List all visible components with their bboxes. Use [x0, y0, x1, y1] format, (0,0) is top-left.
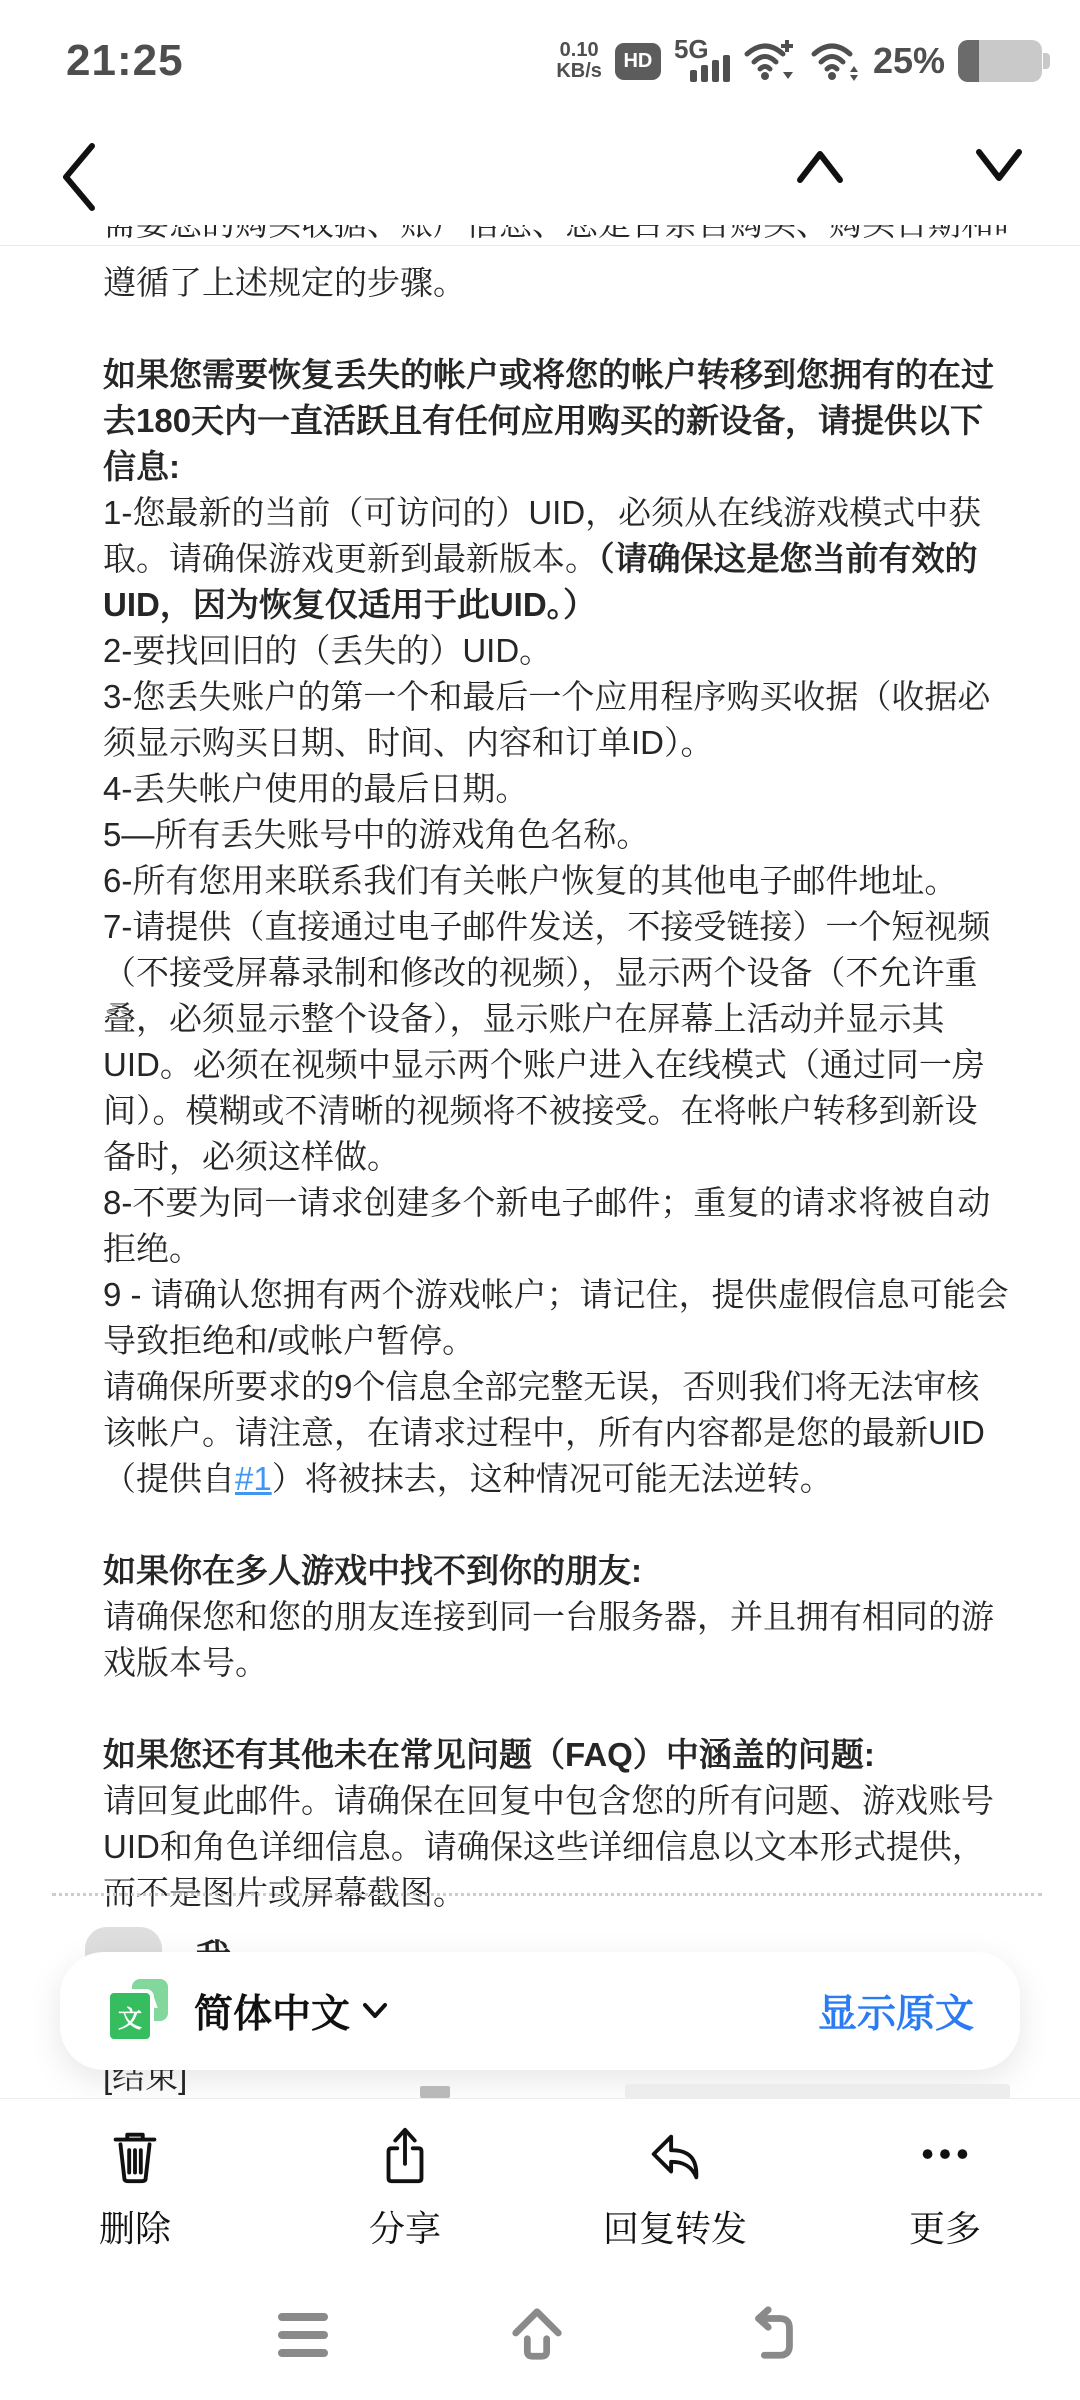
- house-icon: [506, 2304, 568, 2362]
- share-button[interactable]: 分享: [270, 2099, 540, 2271]
- chevron-up-icon: [794, 146, 846, 186]
- reply-arrow-icon: [644, 2125, 706, 2187]
- paragraph: 9 - 请确认您拥有两个游戏帐户；请记住，提供虚假信息可能会导致拒绝和/或帐户暂…: [103, 1272, 1010, 1364]
- bottom-toolbar: 删除 分享 回复转发 更多: [0, 2098, 1080, 2271]
- reply-forward-button[interactable]: 回复转发: [540, 2099, 810, 2271]
- translate-language-selector[interactable]: 简体中文: [194, 1983, 388, 2039]
- network-speed: 0.10 KB/s: [556, 40, 602, 82]
- android-back-button[interactable]: [746, 2304, 802, 2367]
- status-bar: 21:25 0.10 KB/s HD 5G: [0, 18, 1080, 104]
- system-navigation-bar: [0, 2270, 1080, 2400]
- paragraph-spacer: [103, 1502, 1010, 1548]
- reply-forward-label: 回复转发: [603, 2201, 747, 2252]
- wifi-assist-icon: [743, 36, 795, 87]
- more-button[interactable]: 更多: [810, 2099, 1080, 2271]
- paragraph: 4-丢失帐户使用的最后日期。: [103, 766, 1010, 812]
- paragraph: 8-不要为同一请求创建多个新电子邮件；重复的请求将被自动拒绝。: [103, 1180, 1010, 1272]
- show-original-button[interactable]: 显示原文: [818, 1983, 974, 2039]
- network-speed-unit: KB/s: [556, 61, 602, 82]
- clock: 21:25: [66, 36, 184, 86]
- clipped-scrolled-text: 需要您的购买收据、账户信息、您是否亲自购买、购买日期和时间以及您是否: [103, 225, 1010, 245]
- previous-mail-button[interactable]: [794, 146, 846, 186]
- share-icon: [374, 2125, 436, 2187]
- paragraph: 2-要找回旧的（丢失的）UID。: [103, 628, 1010, 674]
- delete-label: 删除: [99, 2201, 171, 2252]
- share-label: 分享: [369, 2201, 441, 2252]
- status-icons: 0.10 KB/s HD 5G: [556, 36, 1050, 87]
- paragraph-segment: ）将被抹去，这种情况可能无法逆转。: [272, 1460, 833, 1497]
- header: 21:25 0.10 KB/s HD 5G: [0, 0, 1080, 246]
- paragraph: 请确保所要求的9个信息全部完整无误，否则我们将无法审核该帐户。请注意，在请求过程…: [103, 1364, 1010, 1502]
- cellular-signal-icon: 5G: [674, 38, 730, 84]
- paragraph: 3-您丢失账户的第一个和最后一个应用程序购买收据（收据必须显示购买日期、时间、内…: [103, 674, 1010, 766]
- paragraph: 6-所有您用来联系我们有关帐户恢复的其他电子邮件地址。: [103, 858, 1010, 904]
- paragraph: 如果您还有其他未在常见问题（FAQ）中涵盖的问题:: [103, 1732, 1010, 1778]
- paragraph: 请确保您和您的朋友连接到同一台服务器，并且拥有相同的游戏版本号。: [103, 1594, 1010, 1686]
- trash-icon: [104, 2125, 166, 2187]
- mail-reader-screen: 21:25 0.10 KB/s HD 5G: [0, 0, 1080, 2400]
- paragraph: 1-您最新的当前（可访问的）UID，必须从在线游戏模式中获取。请确保游戏更新到最…: [103, 490, 1010, 628]
- translate-language-label: 简体中文: [194, 1983, 350, 2039]
- email-body: 遵循了上述规定的步骤。如果您需要恢复丢失的帐户或将您的帐户转移到您拥有的在过去1…: [0, 260, 1080, 2100]
- paragraph-spacer: [103, 306, 1010, 352]
- battery-percent: 25%: [873, 40, 945, 82]
- more-label: 更多: [909, 2201, 981, 2252]
- delete-button[interactable]: 删除: [0, 2099, 270, 2271]
- ellipsis-icon: [914, 2125, 976, 2187]
- battery-icon: [958, 40, 1050, 82]
- paragraph: 7-请提供（直接通过电子邮件发送，不接受链接）一个短视频（不接受屏幕录制和修改的…: [103, 904, 1010, 1180]
- paragraph: 5—所有丢失账号中的游戏角色名称。: [103, 812, 1010, 858]
- paragraph: 遵循了上述规定的步骤。: [103, 260, 1010, 306]
- clipped-content-fragment: [420, 2086, 450, 2098]
- message-divider: [52, 1893, 1042, 1896]
- hd-volte-icon: HD: [615, 43, 661, 80]
- translate-bar: A 文 简体中文 显示原文: [60, 1952, 1020, 2070]
- clipped-content-fragment: [625, 2084, 1010, 2099]
- return-arrow-icon: [746, 2304, 802, 2362]
- clipped-paragraph: 需要您的购买收据、账户信息、您是否亲自购买、购买日期和时间以及您是否: [103, 225, 1010, 245]
- network-speed-value: 0.10: [560, 40, 599, 61]
- back-button[interactable]: [56, 140, 100, 214]
- chevron-down-icon: [362, 2002, 388, 2020]
- next-mail-button[interactable]: [973, 146, 1025, 186]
- translate-icon: A 文: [106, 1979, 168, 2043]
- paragraph: 如果你在多人游戏中找不到你的朋友:: [103, 1548, 1010, 1594]
- recents-button[interactable]: [278, 2313, 328, 2357]
- wifi-icon: [808, 36, 860, 87]
- paragraph: 如果您需要恢复丢失的帐户或将您的帐户转移到您拥有的在过去180天内一直活跃且有任…: [103, 352, 1010, 490]
- paragraph-spacer: [103, 1686, 1010, 1732]
- chevron-left-icon: [56, 140, 100, 214]
- inline-link[interactable]: #1: [235, 1460, 272, 1497]
- home-button[interactable]: [506, 2304, 568, 2367]
- chevron-down-icon: [973, 146, 1025, 186]
